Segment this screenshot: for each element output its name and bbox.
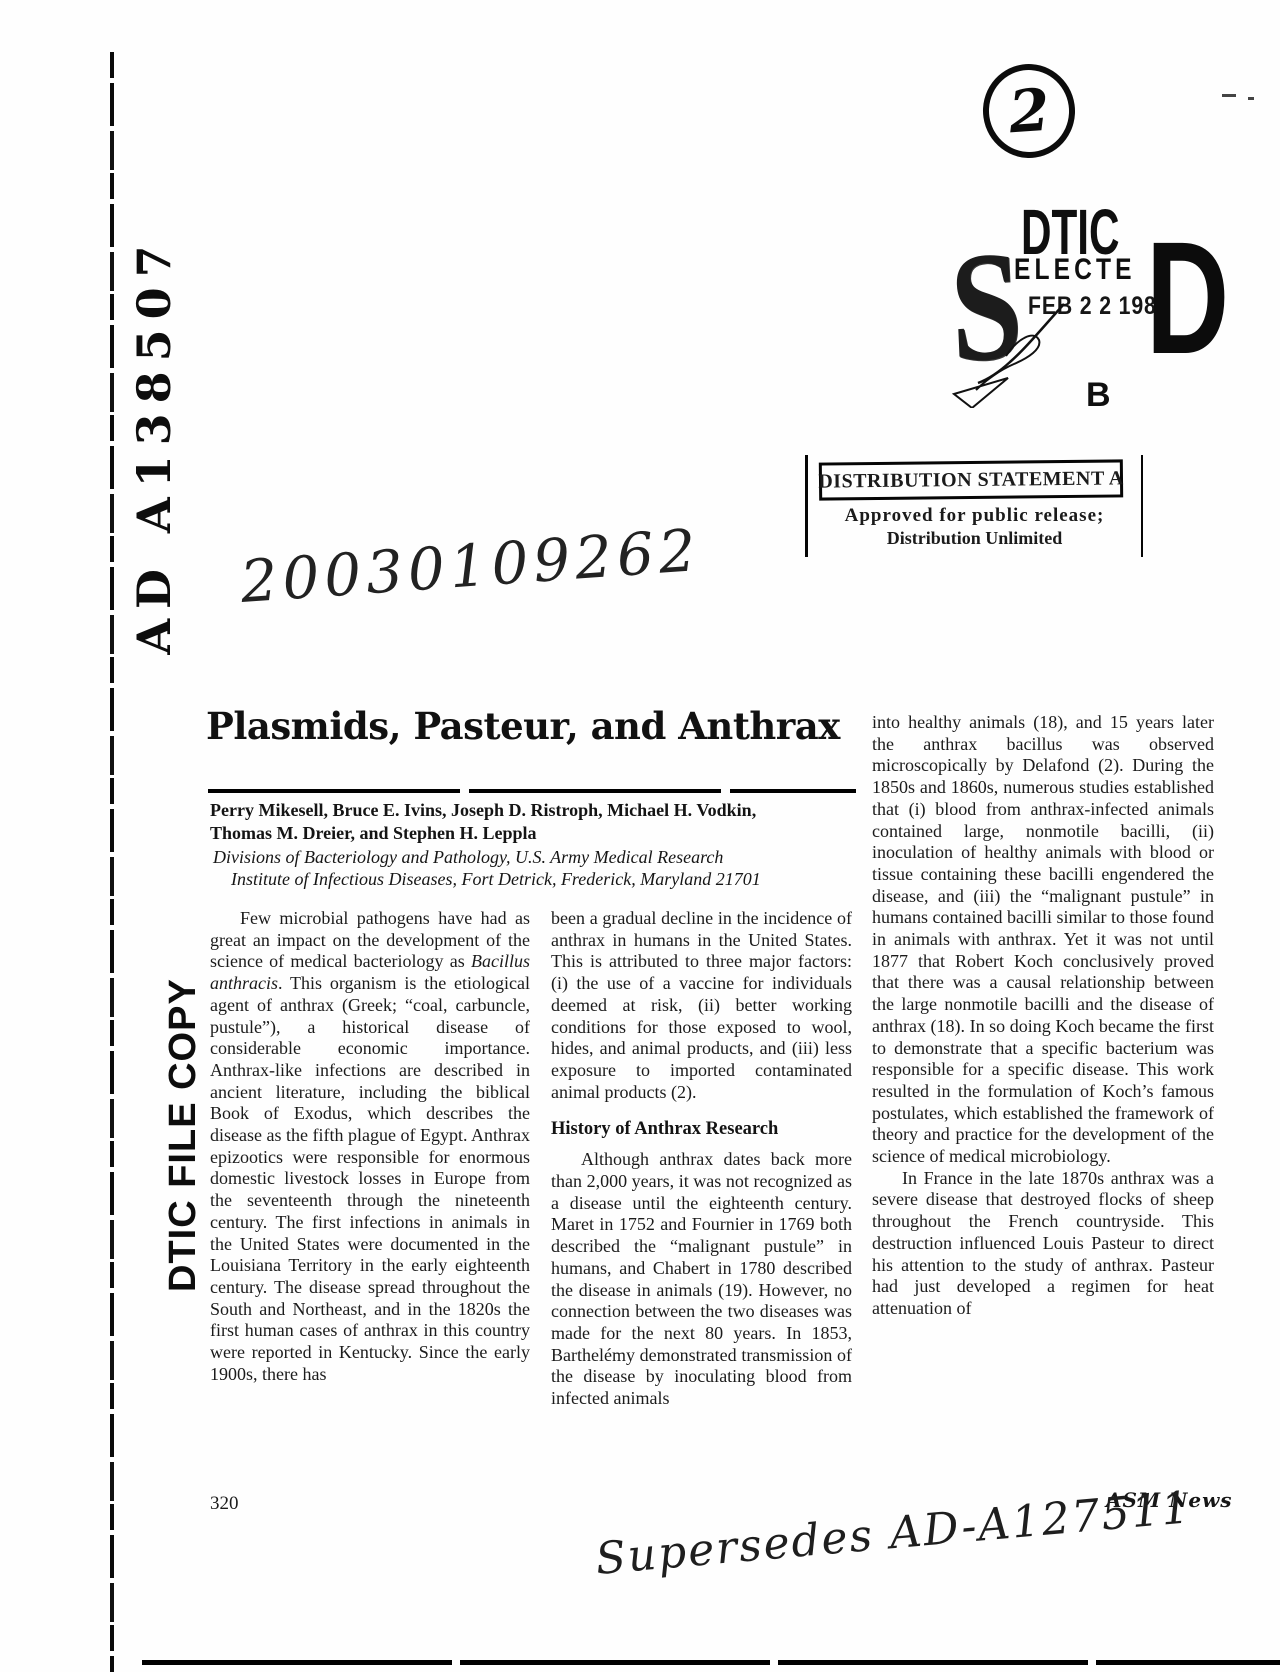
body-column-3: into healthy animals (18), and 15 years … [872, 712, 1214, 1320]
body-column-1: Few microbial pathogens have had as grea… [210, 908, 530, 1385]
body-column-2: been a gradual decline in the incidence … [551, 908, 852, 1410]
scanned-document-page: AD A138507 DTIC FILE COPY 2 S DTIC ELECT… [0, 0, 1280, 1672]
article-title: Plasmids, Pasteur, and Anthrax [206, 704, 840, 748]
distribution-statement-line2: Distribution Unlimited [808, 528, 1141, 549]
authors-divider-rule [208, 789, 856, 793]
stamp-electe-text: ELECTE [1014, 253, 1136, 287]
scan-edge-line-bottom [142, 1660, 1280, 1665]
authors-line1: Perry Mikesell, Bruce E. Ivins, Joseph D… [210, 799, 890, 822]
handwritten-accession-number: 20030109262 [238, 516, 703, 616]
paragraph: Although anthrax dates back more than 2,… [551, 1149, 852, 1409]
paragraph: Few microbial pathogens have had as grea… [210, 908, 530, 1385]
pen-scribble-icon [946, 298, 1076, 408]
paragraph: In France in the late 1870s anthrax was … [872, 1168, 1214, 1320]
ad-number-vertical-text: AD A138507 [127, 205, 183, 685]
page-number: 320 [210, 1493, 239, 1515]
col1-para1-part2: . This organism is the etiological agent… [210, 973, 530, 1384]
handwritten-copy-number-circle: 2 [977, 58, 1081, 164]
stamp-letter-d: D [1146, 238, 1229, 358]
distribution-statement-box: DISTRIBUTION STATEMENT A Approved for pu… [805, 455, 1143, 557]
scan-mark [1248, 97, 1254, 100]
authors-line2: Thomas M. Dreier, and Stephen H. Leppla [210, 822, 890, 845]
handwritten-supersedes-note: Supersedes AD-A127511 [594, 1482, 1194, 1585]
section-heading: History of Anthrax Research [551, 1119, 852, 1140]
scan-mark [1222, 94, 1236, 97]
dtic-file-copy-vertical-text: DTIC FILE COPY [162, 992, 208, 1292]
distribution-statement-title: DISTRIBUTION STATEMENT A [819, 459, 1123, 500]
distribution-statement-line1: Approved for public release; [808, 505, 1141, 527]
affiliation-line1: Divisions of Bacteriology and Pathology,… [213, 847, 893, 869]
handwritten-copy-number: 2 [1007, 81, 1051, 142]
scan-edge-line-left [110, 52, 114, 1672]
stamp-letter-b: B [1086, 376, 1111, 415]
paragraph: into healthy animals (18), and 15 years … [872, 712, 1214, 1168]
paragraph: been a gradual decline in the incidence … [551, 908, 852, 1103]
affiliation-line2: Institute of Infectious Diseases, Fort D… [213, 869, 893, 891]
affiliation: Divisions of Bacteriology and Pathology,… [213, 847, 893, 890]
author-list: Perry Mikesell, Bruce E. Ivins, Joseph D… [210, 799, 890, 845]
